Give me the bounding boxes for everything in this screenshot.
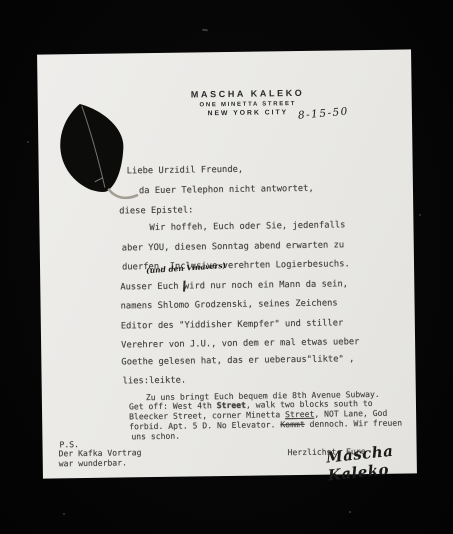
typed-line: Verehrer von J.U., von dem er mal etwas … [121, 337, 359, 350]
typed-line: lies:leikte. [123, 376, 187, 387]
dust-speck [349, 511, 351, 513]
typed-text: dennoch. Wir freuen [305, 418, 403, 429]
typed-line: Liebe Urzidil Freunde, [127, 165, 244, 177]
typed-line: diese Epistel: [119, 205, 193, 216]
dust-speck [63, 513, 65, 515]
typed-line: Editor des "Yiddisher Kempfer" und still… [121, 318, 344, 331]
typed-line: namens Shlomo Grodzenski, seines Zeichen… [121, 298, 338, 311]
leaf-blade [60, 103, 124, 192]
typed-line: Ausser Euch wird nur noch ein Mann da se… [120, 279, 348, 292]
typed-line: Wir hoffeh, Euch oder Sie, jedenfalls [149, 220, 345, 233]
letterhead-name: MASCHA KALEKO [158, 87, 338, 100]
overtyped-word: Street [217, 400, 246, 410]
dust-speck [202, 29, 208, 31]
struck-word: Kommt [280, 419, 305, 429]
typed-line: uns schon. [131, 431, 180, 442]
dust-speck [27, 141, 29, 143]
letter-page: MASCHA KALEKO ONE MINETTA STREET NEW YOR… [37, 49, 417, 478]
pressed-leaf [56, 99, 143, 204]
ps-line: Der Kafka Vortrag [59, 447, 142, 458]
typed-line: da Euer Telephon nicht antwortet, [139, 184, 314, 196]
underlined-word: Street [285, 409, 314, 419]
leaf-stem [109, 189, 137, 198]
typed-line: Goethe gelesen hat, das er ueberaus"likt… [121, 354, 354, 367]
dust-speck [419, 214, 421, 216]
typed-text: forbid. Apt. 5 D. No Elevator. [129, 419, 280, 431]
ps-line: war wunderbar. [59, 457, 127, 468]
typed-line: aber YOU, diesen Sonntag abend erwarten … [122, 240, 345, 253]
